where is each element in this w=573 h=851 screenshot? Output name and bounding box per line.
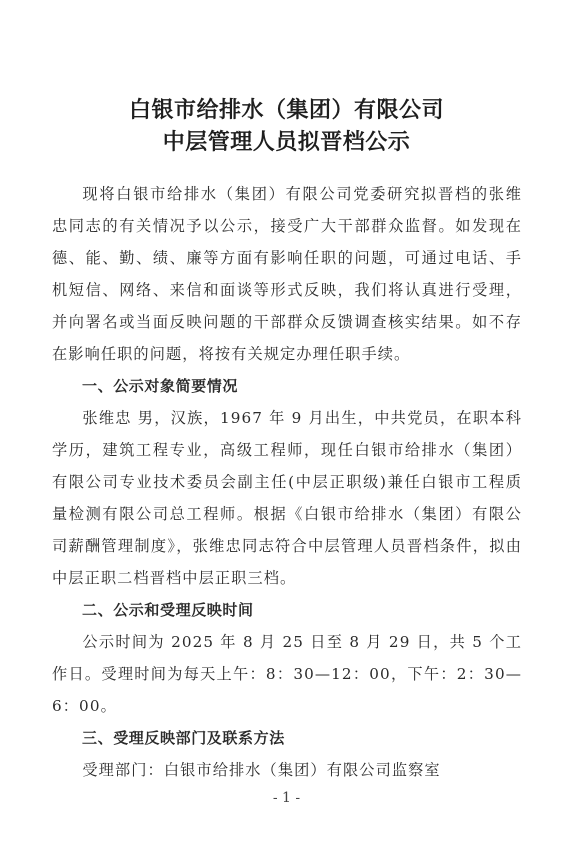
intro-paragraph: 现将白银市给排水（集团）有限公司党委研究拟晋档的张维忠同志的有关情况予以公示，接…	[52, 178, 522, 370]
section-3-paragraph: 受理部门：白银市给排水（集团）有限公司监察室	[52, 754, 522, 786]
section-1-paragraph: 张维忠 男，汉族，1967 年 9 月出生，中共党员，在职本科学历，建筑工程专业…	[52, 402, 522, 594]
section-2-paragraph: 公示时间为 2025 年 8 月 25 日至 8 月 29 日，共 5 个工作日…	[52, 626, 522, 722]
document-title-line1: 白银市给排水（集团）有限公司	[0, 93, 573, 124]
document-title-line2: 中层管理人员拟晋档公示	[0, 125, 573, 156]
section-heading-1: 一、公示对象简要情况	[52, 370, 522, 402]
section-heading-2: 二、公示和受理反映时间	[52, 594, 522, 626]
page-number: - 1 -	[0, 790, 573, 806]
section-heading-3: 三、受理反映部门及联系方法	[52, 722, 522, 754]
document-body: 现将白银市给排水（集团）有限公司党委研究拟晋档的张维忠同志的有关情况予以公示，接…	[52, 178, 522, 786]
